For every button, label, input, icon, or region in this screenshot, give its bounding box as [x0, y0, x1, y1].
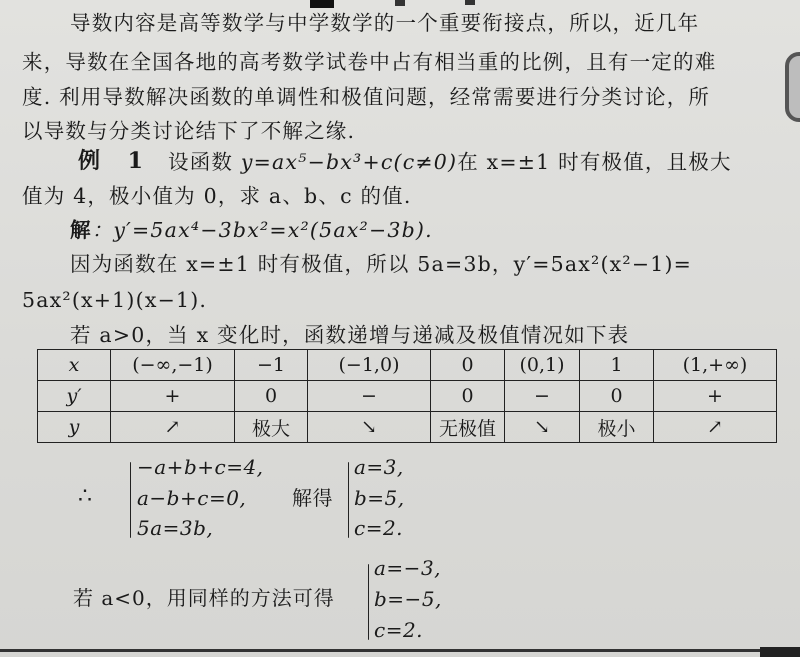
right-brace-1: [348, 462, 349, 538]
intro-line-1: 导数内容是高等数学与中学数学的一个重要衔接点，所以，近几年: [70, 10, 699, 36]
problem-prefix: 设函数: [168, 150, 241, 174]
problem-function: y=ax⁵−bx³+c(c≠0): [241, 150, 457, 174]
table-cell: −: [505, 381, 580, 412]
header-mark: [465, 0, 475, 5]
solve-label: 解得: [292, 483, 333, 513]
therefore-symbol: ∴: [78, 482, 93, 512]
solution-label: 解: [70, 218, 92, 242]
table-cell: x: [38, 350, 111, 381]
variation-table: x (−∞,−1) −1 (−1,0) 0 (0,1) 1 (1,+∞) y′ …: [37, 349, 777, 443]
derivative-formula: ：y′=5ax⁴−3bx²=x²(5ax²−3b).: [92, 218, 433, 242]
intro-line-2: 来，导数在全国各地的高考数学试卷中占有相当重的比例，且有一定的难: [22, 49, 716, 75]
table-cell: +: [111, 381, 235, 412]
table-cell: +: [654, 381, 777, 412]
equation-2: a−b+c=0,: [137, 483, 246, 513]
result-b: b=5,: [354, 483, 405, 513]
table-cell: 极大: [235, 412, 308, 443]
case-intro-line: 若 a>0，当 x 变化时，函数递增与递减及极值情况如下表: [70, 322, 629, 348]
solution-reason-line-1: 因为函数在 x=±1 时有极值，所以 5a=3b，y′=5ax²(x²−1)=: [70, 251, 692, 277]
solution-derivative-line: 解：y′=5ax⁴−3bx²=x²(5ax²−3b).: [70, 217, 433, 243]
result-a-neg: a=−3,: [374, 553, 441, 583]
header-mark: [395, 0, 405, 6]
table-row-x: x (−∞,−1) −1 (−1,0) 0 (0,1) 1 (1,+∞): [38, 350, 777, 381]
table-cell: −: [308, 381, 431, 412]
table-cell: 无极值: [431, 412, 505, 443]
result-a: a=3,: [354, 452, 404, 482]
case-negative-prefix: 若 a<0，用同样的方法可得: [73, 583, 335, 613]
table-cell: (−∞,−1): [111, 350, 235, 381]
problem-suffix: 在 x=±1 时有极值，且极大: [457, 150, 732, 174]
decreasing-arrow-icon: ↘: [505, 412, 580, 443]
table-cell: (1,+∞): [654, 350, 777, 381]
header-mark: [310, 0, 334, 8]
table-row-y-prime: y′ + 0 − 0 − 0 +: [38, 381, 777, 412]
table-cell: y′: [38, 381, 111, 412]
table-cell: 极小: [580, 412, 654, 443]
table-cell: y: [38, 412, 111, 443]
page-edge-tab: [785, 52, 800, 122]
equation-1: −a+b+c=4,: [137, 452, 264, 482]
table-cell: 0: [580, 381, 654, 412]
result-c-neg: c=2.: [374, 615, 423, 645]
table-cell: 0: [431, 350, 505, 381]
table-cell: (0,1): [505, 350, 580, 381]
left-brace-2: [368, 564, 369, 640]
page-corner-shadow: [760, 647, 800, 657]
example-label: 例 1: [78, 144, 153, 175]
table-cell: (−1,0): [308, 350, 431, 381]
example-problem-line-1: 设函数 y=ax⁵−bx³+c(c≠0)在 x=±1 时有极值，且极大: [168, 149, 732, 175]
table-cell: 0: [431, 381, 505, 412]
table-cell: −1: [235, 350, 308, 381]
page-bottom-edge: [0, 649, 800, 652]
equation-3: 5a=3b,: [137, 513, 213, 543]
example-problem-line-2: 值为 4，极小值为 0，求 a、b、c 的值.: [22, 183, 412, 209]
table-cell: 0: [235, 381, 308, 412]
textbook-page: 导数内容是高等数学与中学数学的一个重要衔接点，所以，近几年 来，导数在全国各地的…: [0, 0, 800, 657]
result-b-neg: b=−5,: [374, 584, 442, 614]
result-c: c=2.: [354, 513, 403, 543]
decreasing-arrow-icon: ↘: [308, 412, 431, 443]
increasing-arrow-icon: ↗: [654, 412, 777, 443]
intro-line-4: 以导数与分类讨论结下了不解之缘.: [22, 118, 355, 144]
table-row-y: y ↗ 极大 ↘ 无极值 ↘ 极小 ↗: [38, 412, 777, 443]
increasing-arrow-icon: ↗: [111, 412, 235, 443]
table-cell: 1: [580, 350, 654, 381]
solution-reason-line-2: 5ax²(x+1)(x−1).: [22, 287, 207, 313]
intro-line-3: 度. 利用导数解决函数的单调性和极值问题，经常需要进行分类讨论，所: [22, 84, 710, 110]
